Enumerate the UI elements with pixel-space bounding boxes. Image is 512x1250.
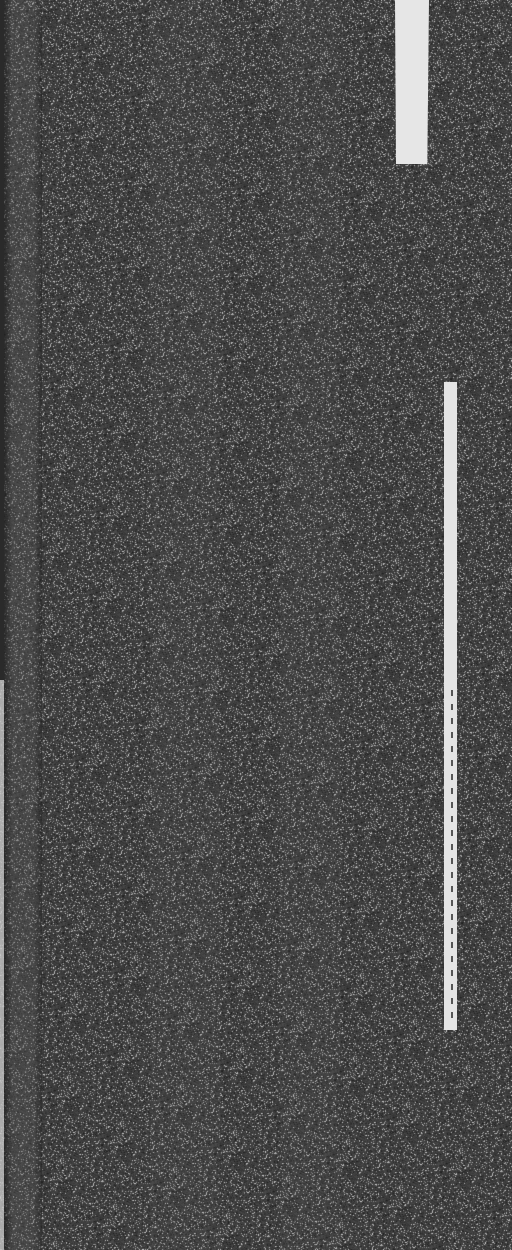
- upper-dash: [395, 0, 429, 164]
- marking-crack: [451, 690, 453, 1020]
- asphalt-texture: [0, 0, 512, 1250]
- road-shoulder: [4, 0, 42, 1250]
- left-edge-line: [0, 680, 4, 1250]
- tire-wear-band: [280, 0, 340, 1250]
- road-edge: [0, 0, 4, 680]
- road-surface: [0, 0, 512, 1250]
- tire-wear-band: [150, 0, 220, 1250]
